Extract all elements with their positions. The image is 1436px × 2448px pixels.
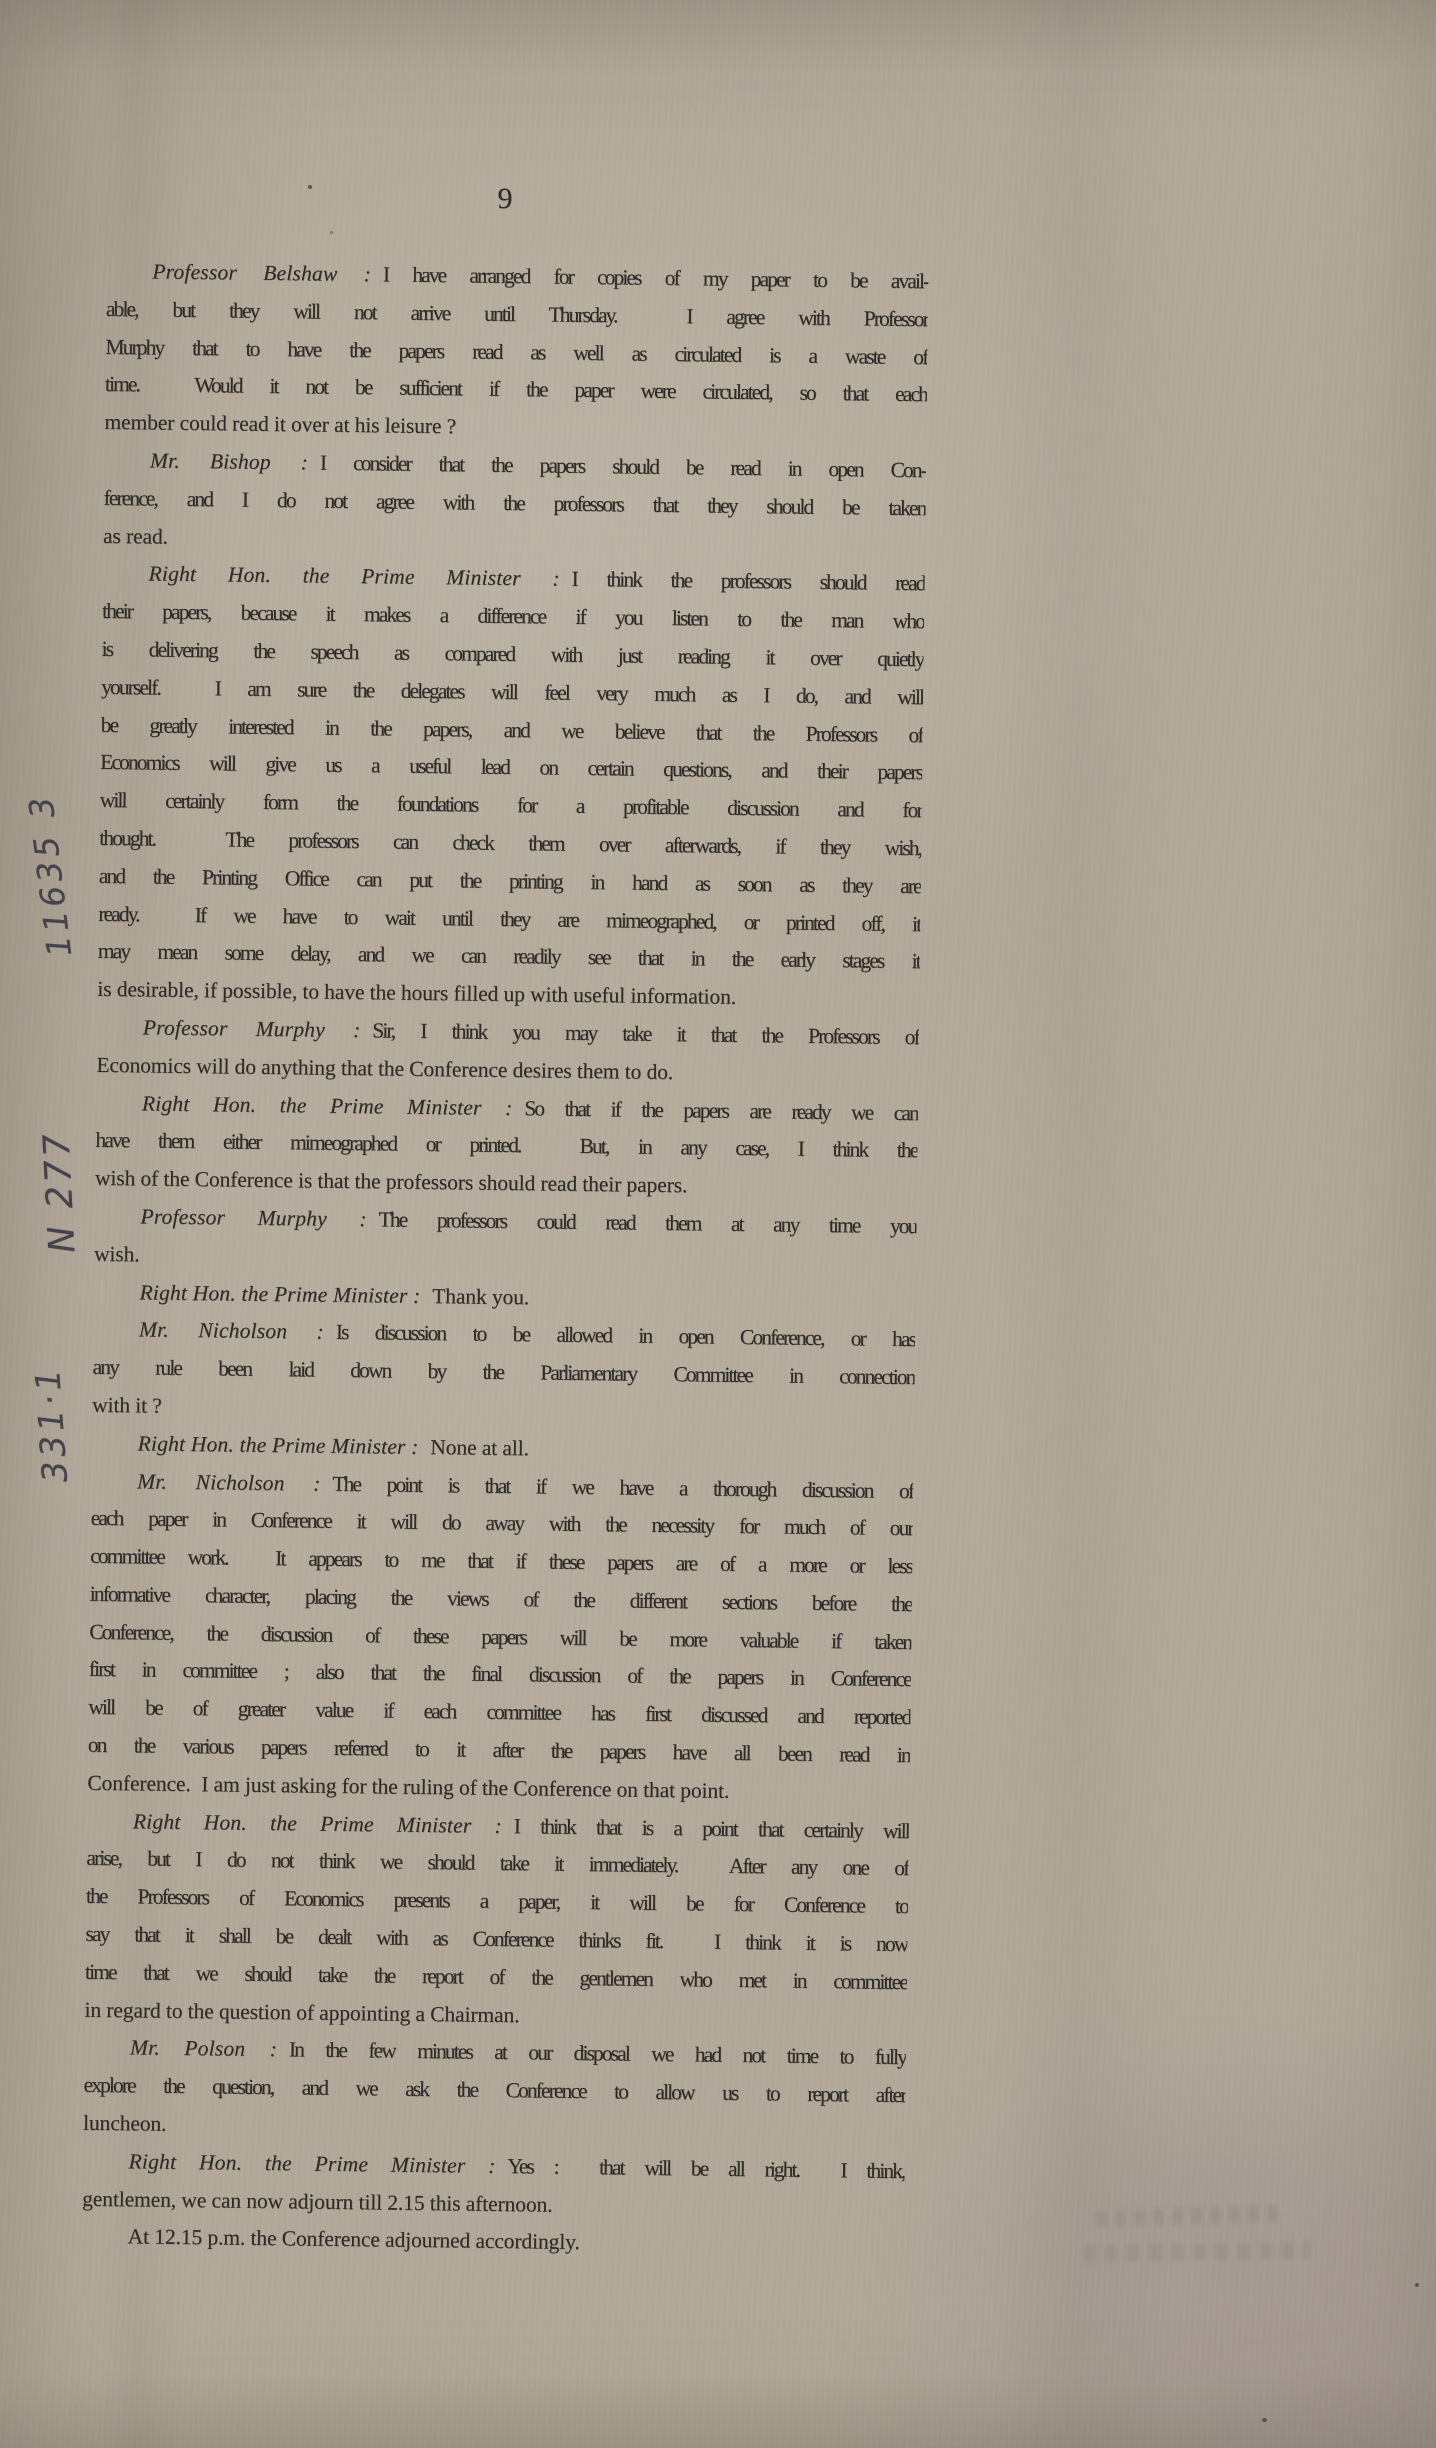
page-number: 9 — [94, 182, 916, 216]
handwritten-margin-note: 331·1 — [28, 1364, 76, 1484]
paper-speck — [308, 185, 312, 189]
speaker-name: Professor Belshaw : — [152, 259, 371, 286]
speaker-name: Mr. Nicholson : — [137, 1469, 321, 1495]
speaker-name: Mr. Bishop : — [150, 448, 308, 474]
handwritten-margin-note: 11635 3 — [21, 791, 80, 959]
speaker-name: Mr. Nicholson : — [139, 1318, 324, 1344]
speaker-name: Right Hon. the Prime Minister : — [142, 1091, 513, 1120]
paper-speck — [1415, 2283, 1419, 2287]
ink-bleedthrough — [1083, 2241, 1311, 2263]
speaker-name: Right Hon. the Prime Minister : — [128, 2149, 495, 2178]
body-text: Professor Belshaw :I have arranged for c… — [81, 253, 928, 2266]
speaker-name: Right Hon. the Prime Minister : — [148, 562, 560, 591]
ink-bleedthrough — [1096, 2206, 1286, 2227]
speaker-name: Right Hon. the Prime Minister : — [139, 1280, 420, 1308]
scanned-document-page: { "page": { "number": "9" }, "colors": {… — [0, 0, 1436, 2448]
paper-speck — [1262, 2418, 1267, 2422]
speaker-name: Professor Murphy : — [143, 1015, 361, 1042]
speaker-name: Right Hon. the Prime Minister : — [138, 1431, 419, 1459]
speaker-name: Professor Murphy : — [140, 1204, 367, 1231]
speaker-name: Right Hon. the Prime Minister : — [133, 1809, 502, 1838]
handwritten-margin-note: N 277 — [36, 1130, 83, 1254]
paper-speck — [330, 231, 333, 234]
speaker-name: Mr. Polson : — [130, 2036, 277, 2062]
